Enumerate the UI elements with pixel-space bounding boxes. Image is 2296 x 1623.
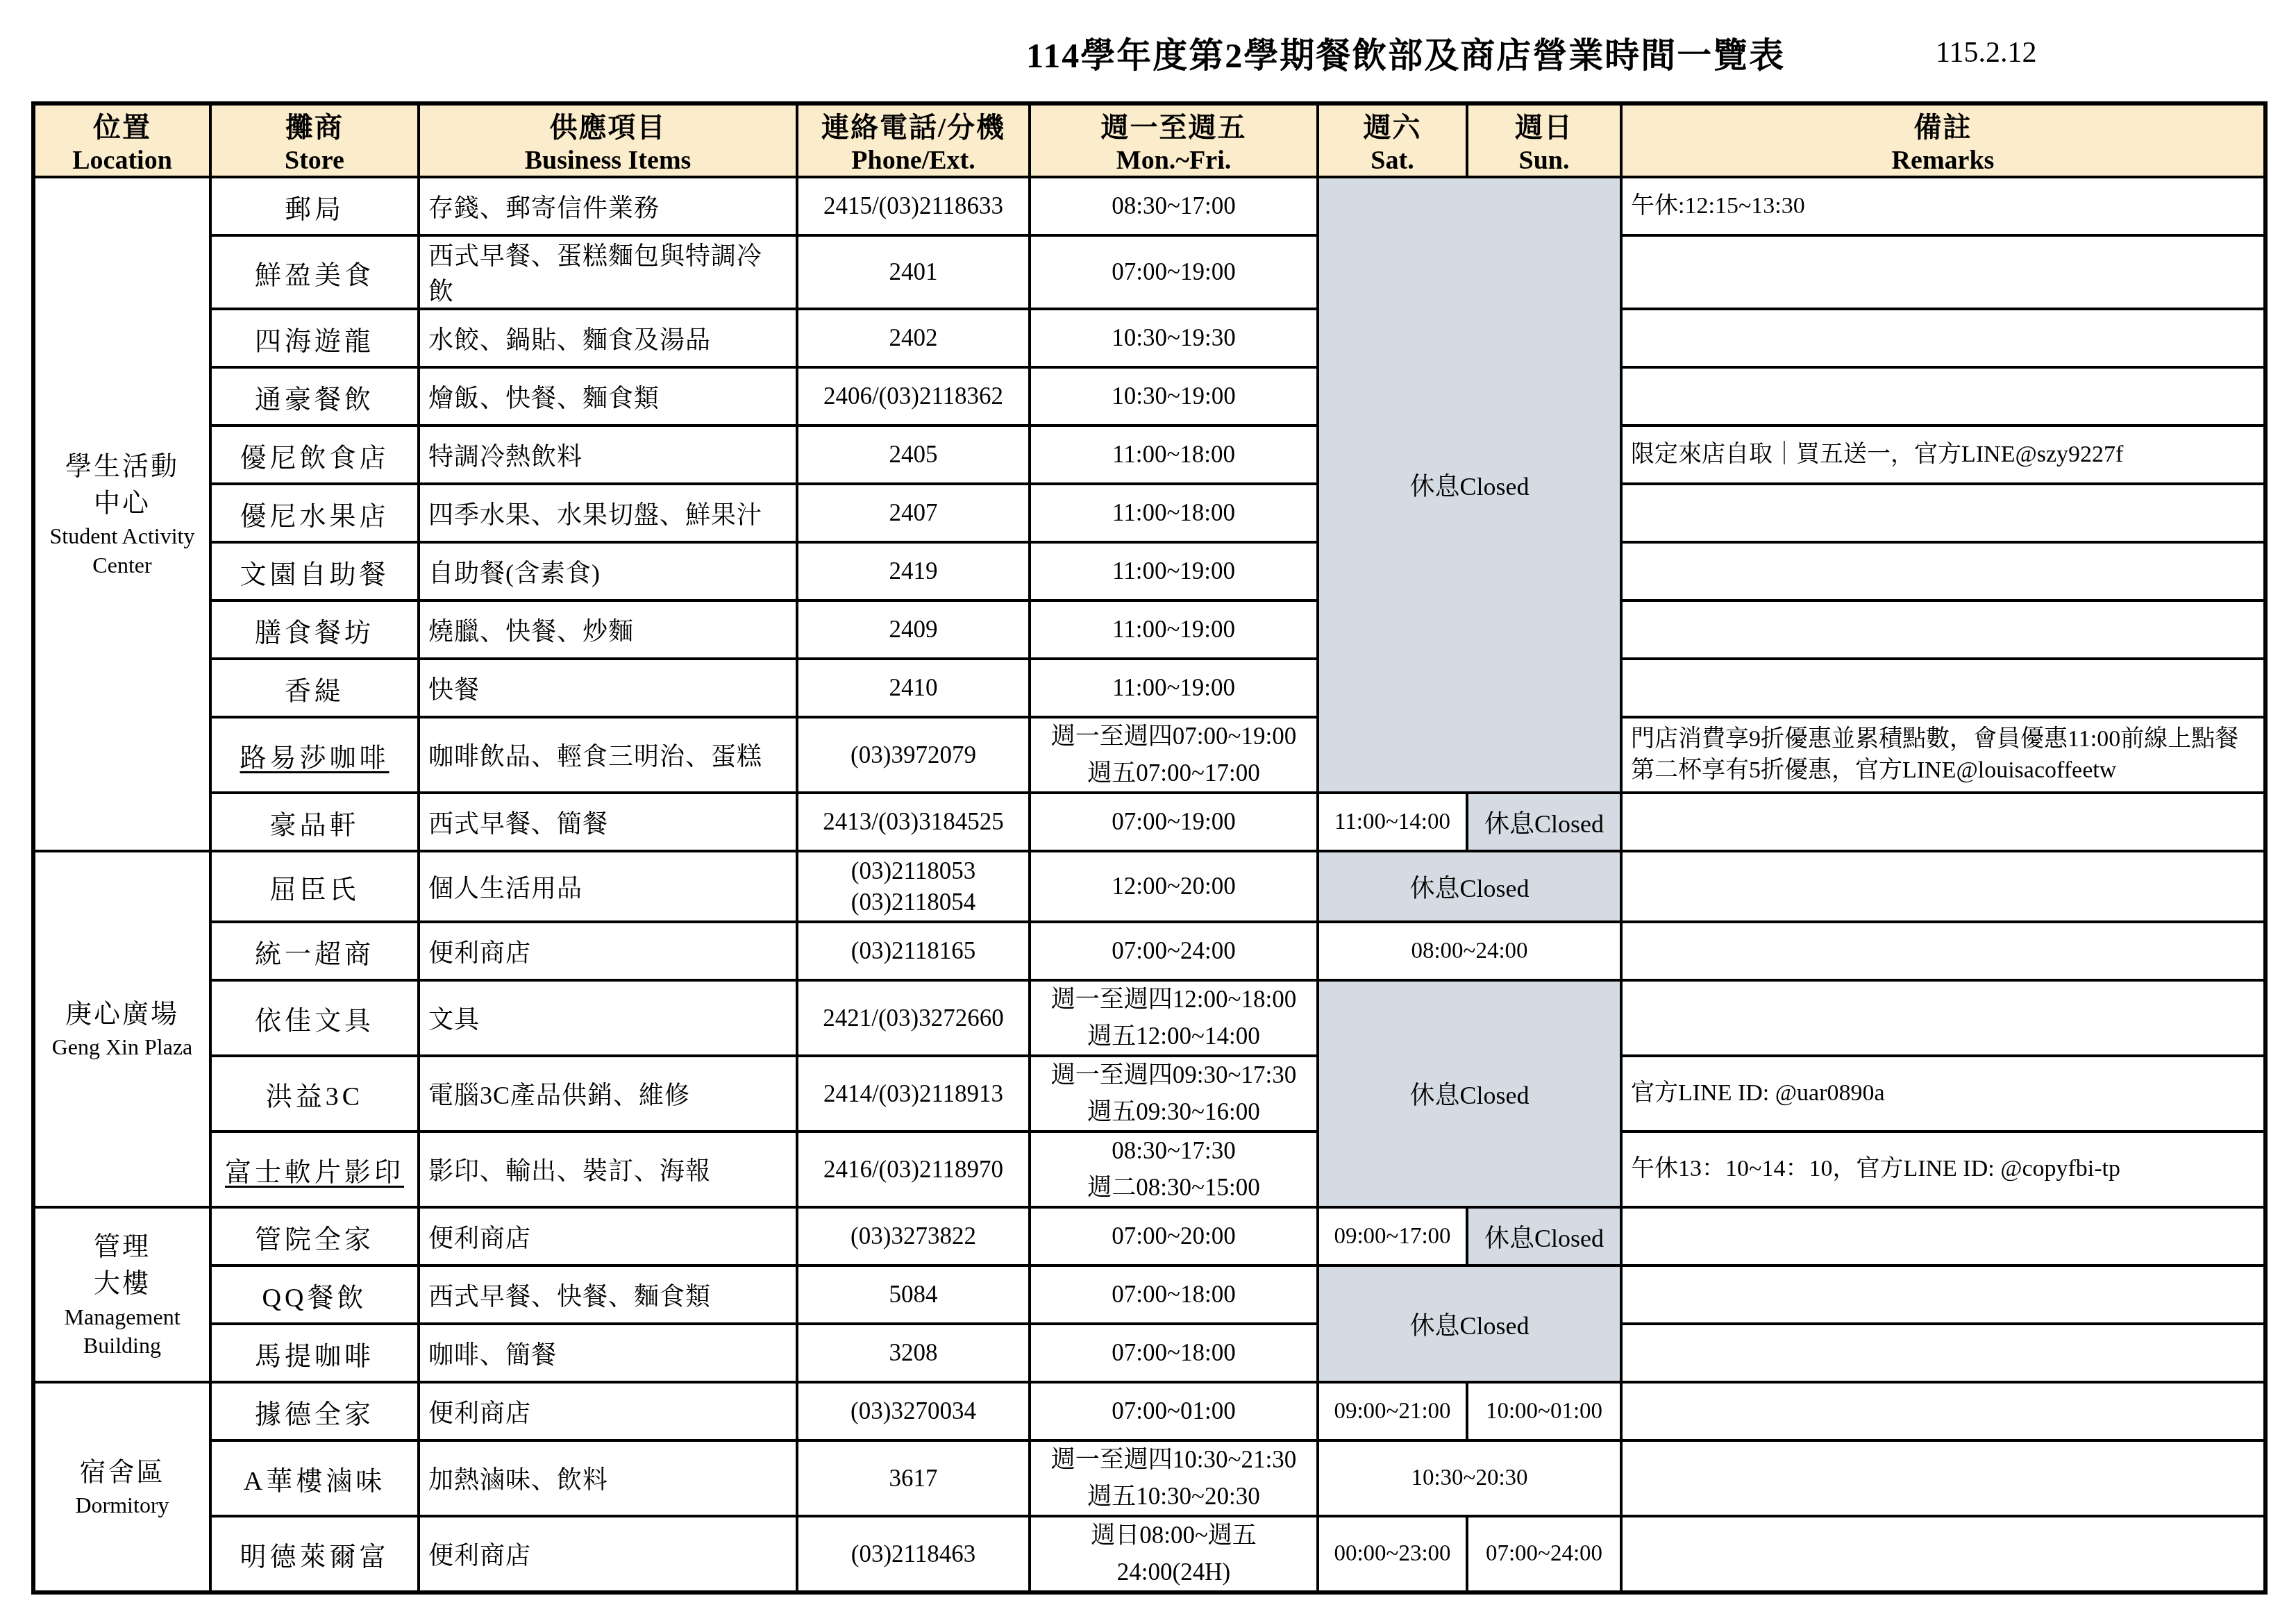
weekday-hours-cell: 週一至週四07:00~19:00 週五07:00~17:00	[1030, 717, 1318, 793]
table-row: 路易莎咖啡 咖啡飲品、輕食三明治、蛋糕 (03)3972079 週一至週四07:…	[33, 717, 2265, 793]
phone-cell: 2409	[797, 600, 1030, 659]
store-name-cell: QQ餐飲	[210, 1265, 419, 1324]
phone-cell: 2402	[797, 309, 1030, 367]
store-name-cell: 香緹	[210, 659, 419, 717]
remarks-cell	[1621, 1440, 2265, 1516]
table-row: 膳食餐坊 燒臘、快餐、炒麵 2409 11:00~19:00	[33, 600, 2265, 659]
saturday-hours-cell: 11:00~14:00	[1318, 793, 1467, 851]
weekday-hours-cell: 07:00~20:00	[1030, 1207, 1318, 1265]
store-name-cell: 據德全家	[210, 1382, 419, 1440]
page-date: 115.2.12	[1936, 36, 2036, 69]
phone-cell: 2415/(03)2118633	[797, 177, 1030, 235]
store-name-cell: 郵局	[210, 177, 419, 235]
col-header-remarks: 備註Remarks	[1621, 103, 2265, 177]
weekday-hours-cell: 11:00~19:00	[1030, 659, 1318, 717]
remarks-cell	[1621, 1265, 2265, 1324]
weekday-hours-cell: 週一至週四12:00~18:00 週五12:00~14:00	[1030, 980, 1318, 1056]
col-header-phone: 連絡電話/分機Phone/Ext.	[797, 103, 1030, 177]
weekday-hours-cell: 11:00~19:00	[1030, 542, 1318, 600]
weekday-hours-cell: 07:00~24:00	[1030, 922, 1318, 980]
weekday-hours-cell: 07:00~01:00	[1030, 1382, 1318, 1440]
remarks-cell: 午休13：10~14：10，官方LINE ID: @copyfbi-tp	[1621, 1132, 2265, 1207]
remarks-cell: 門店消費享9折優惠並累積點數，會員優惠11:00前線上點餐第二杯享有5折優惠，官…	[1621, 717, 2265, 793]
store-name-cell: 文園自助餐	[210, 542, 419, 600]
page: 114學年度第2學期餐飲部及商店營業時間一覽表 115.2.12 位置Locat…	[0, 0, 2296, 1623]
phone-cell: 2419	[797, 542, 1030, 600]
phone-cell: 5084	[797, 1265, 1030, 1324]
business-items-cell: 便利商店	[419, 1207, 797, 1265]
business-items-cell: 咖啡飲品、輕食三明治、蛋糕	[419, 717, 797, 793]
phone-cell: 2414/(03)2118913	[797, 1056, 1030, 1132]
business-items-cell: 個人生活用品	[419, 851, 797, 922]
table-row: 管理 大樓Management Building 管院全家 便利商店 (03)3…	[33, 1207, 2265, 1265]
saturday-hours-cell: 00:00~23:00	[1318, 1516, 1467, 1592]
remarks-cell	[1621, 367, 2265, 426]
table-row: 香緹 快餐 2410 11:00~19:00	[33, 659, 2265, 717]
remarks-cell	[1621, 851, 2265, 922]
remarks-cell	[1621, 1207, 2265, 1265]
phone-cell: 2413/(03)3184525	[797, 793, 1030, 851]
business-items-cell: 西式早餐、快餐、麵食類	[419, 1265, 797, 1324]
remarks-cell	[1621, 793, 2265, 851]
business-items-cell: 便利商店	[419, 1516, 797, 1592]
table-row: 明德萊爾富 便利商店 (03)2118463 週日08:00~週五 24:00(…	[33, 1516, 2265, 1592]
remarks-cell	[1621, 600, 2265, 659]
store-name-cell: 豪品軒	[210, 793, 419, 851]
phone-cell: 2405	[797, 426, 1030, 484]
header-row: 位置Location 攤商Store 供應項目Business Items 連絡…	[33, 103, 2265, 177]
phone-cell: 2401	[797, 235, 1030, 309]
weekday-hours-cell: 11:00~18:00	[1030, 484, 1318, 542]
schedule-table: 位置Location 攤商Store 供應項目Business Items 連絡…	[31, 101, 2268, 1595]
weekday-hours-cell: 週日08:00~週五 24:00(24H)	[1030, 1516, 1318, 1592]
remarks-cell	[1621, 309, 2265, 367]
sunday-hours-cell: 07:00~24:00	[1467, 1516, 1621, 1592]
col-header-location: 位置Location	[33, 103, 210, 177]
business-items-cell: 燴飯、快餐、麵食類	[419, 367, 797, 426]
phone-cell: (03)3972079	[797, 717, 1030, 793]
table-row: 庚心廣場Geng Xin Plaza 屈臣氏 個人生活用品 (03)211805…	[33, 851, 2265, 922]
table-row: 宿舍區Dormitory 據德全家 便利商店 (03)3270034 07:00…	[33, 1382, 2265, 1440]
col-header-sat: 週六Sat.	[1318, 103, 1467, 177]
saturday-hours-cell: 09:00~17:00	[1318, 1207, 1467, 1265]
store-name-cell: 膳食餐坊	[210, 600, 419, 659]
weekday-hours-cell: 07:00~19:00	[1030, 793, 1318, 851]
phone-cell: 2416/(03)2118970	[797, 1132, 1030, 1207]
store-name-cell: 屈臣氏	[210, 851, 419, 922]
weekend-hours-cell: 10:30~20:30	[1318, 1440, 1621, 1516]
business-items-cell: 西式早餐、蛋糕麵包與特調冷飲	[419, 235, 797, 309]
business-items-cell: 西式早餐、簡餐	[419, 793, 797, 851]
business-items-cell: 自助餐(含素食)	[419, 542, 797, 600]
remarks-cell: 限定來店自取｜買五送一，官方LINE@szy9227f	[1621, 426, 2265, 484]
business-items-cell: 水餃、鍋貼、麵食及湯品	[419, 309, 797, 367]
store-name-cell: A華樓滷味	[210, 1440, 419, 1516]
weekday-hours-cell: 08:30~17:30 週二08:30~15:00	[1030, 1132, 1318, 1207]
phone-cell: (03)2118053 (03)2118054	[797, 851, 1030, 922]
business-items-cell: 文具	[419, 980, 797, 1056]
phone-cell: 3208	[797, 1324, 1030, 1382]
weekend-closed-cell: 休息Closed	[1318, 1265, 1621, 1382]
business-items-cell: 存錢、郵寄信件業務	[419, 177, 797, 235]
store-name-cell: 四海遊龍	[210, 309, 419, 367]
table-row: 優尼飲食店 特調冷熱飲料 2405 11:00~18:00 限定來店自取｜買五送…	[33, 426, 2265, 484]
business-items-cell: 特調冷熱飲料	[419, 426, 797, 484]
page-title: 114學年度第2學期餐飲部及商店營業時間一覽表	[1026, 28, 1785, 78]
remarks-cell	[1621, 659, 2265, 717]
store-name-cell: 管院全家	[210, 1207, 419, 1265]
weekday-hours-cell: 10:30~19:00	[1030, 367, 1318, 426]
location-group-cell: 學生活動 中心Student Activity Center	[33, 177, 210, 851]
sunday-hours-cell: 10:00~01:00	[1467, 1382, 1621, 1440]
remarks-cell	[1621, 484, 2265, 542]
table-row: 統一超商 便利商店 (03)2118165 07:00~24:00 08:00~…	[33, 922, 2265, 980]
weekday-hours-cell: 07:00~18:00	[1030, 1324, 1318, 1382]
phone-cell: 2410	[797, 659, 1030, 717]
table-row: 依佳文具 文具 2421/(03)3272660 週一至週四12:00~18:0…	[33, 980, 2265, 1056]
location-group-cell: 庚心廣場Geng Xin Plaza	[33, 851, 210, 1207]
phone-cell: 2406/(03)2118362	[797, 367, 1030, 426]
table-row: 豪品軒 西式早餐、簡餐 2413/(03)3184525 07:00~19:00…	[33, 793, 2265, 851]
business-items-cell: 四季水果、水果切盤、鮮果汁	[419, 484, 797, 542]
store-name-cell: 通豪餐飲	[210, 367, 419, 426]
col-header-sun: 週日Sun.	[1467, 103, 1621, 177]
remarks-cell	[1621, 980, 2265, 1056]
business-items-cell: 電腦3C產品供銷、維修	[419, 1056, 797, 1132]
table-row: 洪益3C 電腦3C產品供銷、維修 2414/(03)2118913 週一至週四0…	[33, 1056, 2265, 1132]
table-row: QQ餐飲 西式早餐、快餐、麵食類 5084 07:00~18:00 休息Clos…	[33, 1265, 2265, 1324]
store-name-cell: 富士軟片影印	[210, 1132, 419, 1207]
weekday-hours-cell: 週一至週四09:30~17:30 週五09:30~16:00	[1030, 1056, 1318, 1132]
remarks-cell	[1621, 1516, 2265, 1592]
phone-cell: (03)2118463	[797, 1516, 1030, 1592]
weekday-hours-cell: 週一至週四10:30~21:30 週五10:30~20:30	[1030, 1440, 1318, 1516]
table-row: 馬提咖啡 咖啡、簡餐 3208 07:00~18:00	[33, 1324, 2265, 1382]
phone-cell: 3617	[797, 1440, 1030, 1516]
col-header-store: 攤商Store	[210, 103, 419, 177]
weekday-hours-cell: 07:00~19:00	[1030, 235, 1318, 309]
sunday-closed-cell: 休息Closed	[1467, 1207, 1621, 1265]
phone-cell: 2421/(03)3272660	[797, 980, 1030, 1056]
location-group-cell: 管理 大樓Management Building	[33, 1207, 210, 1382]
phone-cell: 2407	[797, 484, 1030, 542]
remarks-cell: 官方LINE ID: @uar0890a	[1621, 1056, 2265, 1132]
col-header-monfri: 週一至週五Mon.~Fri.	[1030, 103, 1318, 177]
store-name-cell: 依佳文具	[210, 980, 419, 1056]
remarks-cell	[1621, 922, 2265, 980]
phone-cell: (03)3273822	[797, 1207, 1030, 1265]
store-name-cell: 路易莎咖啡	[210, 717, 419, 793]
business-items-cell: 燒臘、快餐、炒麵	[419, 600, 797, 659]
store-name-cell: 優尼水果店	[210, 484, 419, 542]
phone-cell: (03)3270034	[797, 1382, 1030, 1440]
col-header-items: 供應項目Business Items	[419, 103, 797, 177]
remarks-cell	[1621, 542, 2265, 600]
table-row: A華樓滷味 加熱滷味、飲料 3617 週一至週四10:30~21:30 週五10…	[33, 1440, 2265, 1516]
store-name-cell: 洪益3C	[210, 1056, 419, 1132]
store-name-cell: 明德萊爾富	[210, 1516, 419, 1592]
remarks-cell: 午休:12:15~13:30	[1621, 177, 2265, 235]
saturday-hours-cell: 09:00~21:00	[1318, 1382, 1467, 1440]
table-row: 優尼水果店 四季水果、水果切盤、鮮果汁 2407 11:00~18:00	[33, 484, 2265, 542]
weekday-hours-cell: 12:00~20:00	[1030, 851, 1318, 922]
table-row: 富士軟片影印 影印、輸出、裝訂、海報 2416/(03)2118970 08:3…	[33, 1132, 2265, 1207]
phone-cell: (03)2118165	[797, 922, 1030, 980]
weekend-closed-cell: 休息Closed	[1318, 980, 1621, 1207]
weekend-hours-cell: 08:00~24:00	[1318, 922, 1621, 980]
weekday-hours-cell: 11:00~18:00	[1030, 426, 1318, 484]
weekday-hours-cell: 11:00~19:00	[1030, 600, 1318, 659]
business-items-cell: 咖啡、簡餐	[419, 1324, 797, 1382]
weekday-hours-cell: 07:00~18:00	[1030, 1265, 1318, 1324]
table-row: 四海遊龍 水餃、鍋貼、麵食及湯品 2402 10:30~19:30	[33, 309, 2265, 367]
store-name-cell: 統一超商	[210, 922, 419, 980]
location-group-cell: 宿舍區Dormitory	[33, 1382, 210, 1592]
remarks-cell	[1621, 235, 2265, 309]
table-row: 鮮盈美食 西式早餐、蛋糕麵包與特調冷飲 2401 07:00~19:00	[33, 235, 2265, 309]
weekday-hours-cell: 10:30~19:30	[1030, 309, 1318, 367]
remarks-cell	[1621, 1324, 2265, 1382]
table-row: 文園自助餐 自助餐(含素食) 2419 11:00~19:00	[33, 542, 2265, 600]
weekday-hours-cell: 08:30~17:00	[1030, 177, 1318, 235]
business-items-cell: 便利商店	[419, 1382, 797, 1440]
store-name-cell: 馬提咖啡	[210, 1324, 419, 1382]
store-name-cell: 優尼飲食店	[210, 426, 419, 484]
business-items-cell: 快餐	[419, 659, 797, 717]
business-items-cell: 便利商店	[419, 922, 797, 980]
remarks-cell	[1621, 1382, 2265, 1440]
weekend-closed-cell: 休息Closed	[1318, 851, 1621, 922]
table-row: 學生活動 中心Student Activity Center 郵局 存錢、郵寄信…	[33, 177, 2265, 235]
store-name-cell: 鮮盈美食	[210, 235, 419, 309]
business-items-cell: 影印、輸出、裝訂、海報	[419, 1132, 797, 1207]
table-row: 通豪餐飲 燴飯、快餐、麵食類 2406/(03)2118362 10:30~19…	[33, 367, 2265, 426]
sunday-closed-cell: 休息Closed	[1467, 793, 1621, 851]
weekend-closed-cell: 休息Closed	[1318, 177, 1621, 793]
business-items-cell: 加熱滷味、飲料	[419, 1440, 797, 1516]
